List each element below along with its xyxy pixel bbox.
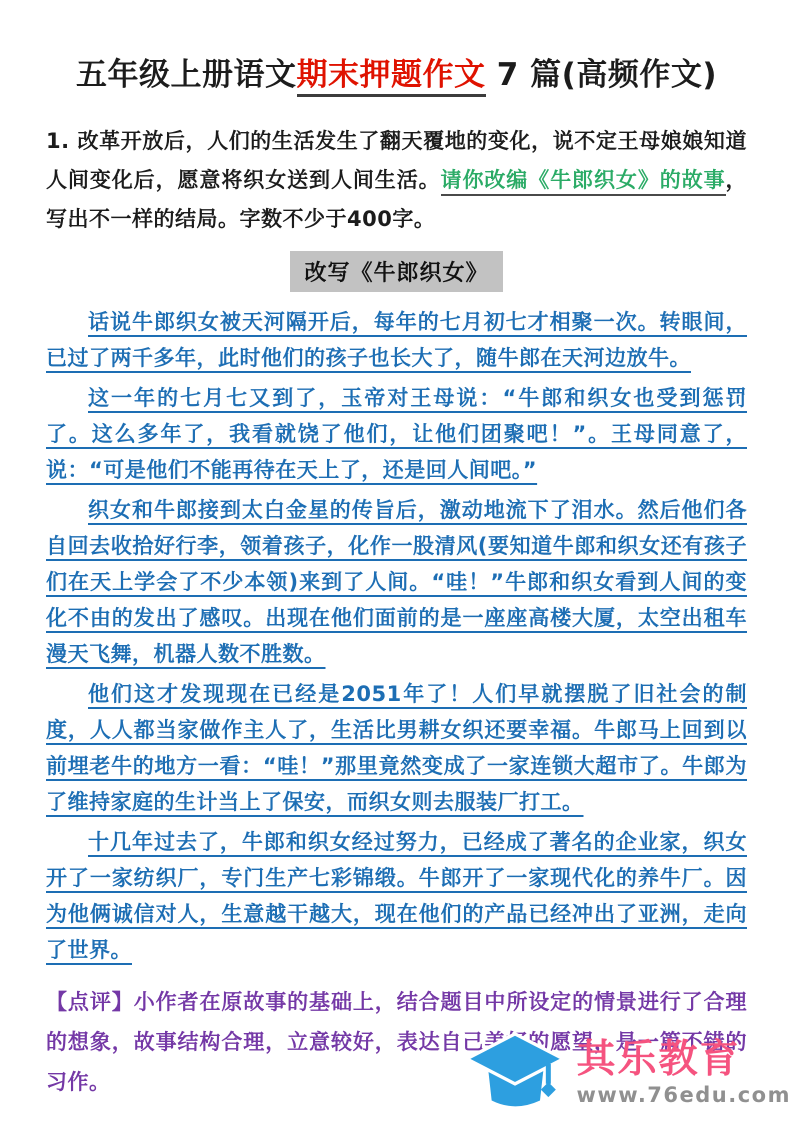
essay-heading-wrap: 改写《牛郎织女》 [46,251,747,292]
essay-paragraph: 这一年的七月七又到了，玉帝对王母说：“牛郎和织女也受到惩罚了。这么多年了，我看就… [46,380,747,488]
graduation-cap-icon [460,1032,570,1114]
document-title: 五年级上册语文期末押题作文 7 篇(高频作文) [46,50,747,100]
essay-heading: 改写《牛郎织女》 [290,251,502,292]
title-suffix: 7 篇(高频作文) [486,57,718,93]
title-prefix: 五年级上册语文 [76,57,297,93]
essay-paragraph: 织女和牛郎接到太白金星的传旨后，激动地流下了泪水。然后他们各自回去收拾好行李，领… [46,492,747,672]
essay-paragraph: 十几年过去了，牛郎和织女经过努力，已经成了著名的企业家，织女开了一家纺织厂，专门… [46,824,747,968]
prompt-green-phrase: 请你改编《牛郎织女》的故事 [441,168,726,196]
brand-name: 其乐教育 [576,1038,740,1082]
essay-paragraph: 话说牛郎织女被天河隔开后，每年的七月初七才相聚一次。转眼间，已过了两千多年，此时… [46,304,747,376]
brand-website: www.76edu.com [576,1082,791,1108]
brand-text-column: 其乐教育 www.76edu.com [576,1038,791,1108]
comment-label: 【点评】 [46,990,134,1014]
brand-logo: 其乐教育 www.76edu.com [460,1032,791,1114]
document-page: { "doc": { "title": { "prefix": "五年级上册语文… [0,0,793,1122]
essay-paragraph: 他们这才发现现在已经是2051年了！人们早就摆脱了旧社会的制度，人人都当家做作主… [46,676,747,820]
title-highlight-red: 期末押题作文 [297,57,486,97]
page-content: 五年级上册语文期末押题作文 7 篇(高频作文) 1. 改革开放后，人们的生活发生… [0,50,793,1102]
assignment-prompt: 1. 改革开放后，人们的生活发生了翻天覆地的变化，说不定王母娘娘知道人间变化后，… [46,122,747,239]
essay-body: 话说牛郎织女被天河隔开后，每年的七月初七才相聚一次。转眼间，已过了两千多年，此时… [46,304,747,968]
